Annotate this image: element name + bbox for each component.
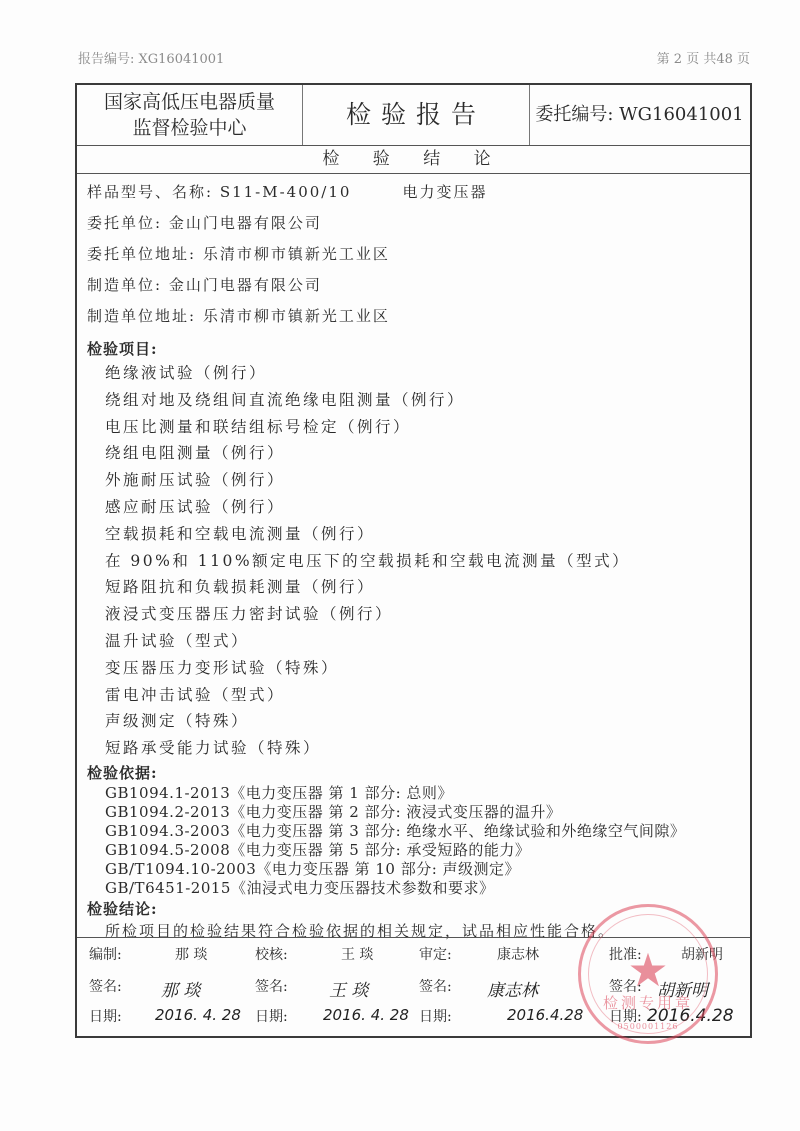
sign-label: 签名: [419, 976, 452, 996]
manufacturer-address: 制造单位地址: 乐清市柳市镇新光工业区 [87, 301, 740, 332]
roles-row: 编制: 那 琰 校核: 王 琰 审定: 康志林 批准: 胡新明 [77, 944, 750, 974]
test-item: 绕组电阻测量（例行） [87, 440, 740, 467]
date-label: 日期: [255, 1006, 288, 1026]
dates-row: 日期: 2016. 4. 28 日期: 2016. 4. 28 日期: 2016… [77, 1006, 750, 1036]
org-line-2: 监督检验中心 [77, 115, 302, 141]
date-label: 日期: [89, 1006, 122, 1026]
test-item: 变压器压力变形试验（特殊） [87, 655, 740, 682]
approved-name: 胡新明 [681, 944, 723, 964]
compiled-label: 编制: [89, 944, 122, 964]
test-item: 电压比测量和联结组标号检定（例行） [87, 414, 740, 441]
reviewed-name: 康志林 [497, 944, 539, 964]
test-item: 声级测定（特殊） [87, 708, 740, 735]
report-body: 样品型号、名称: S11-M-400/10 电力变压器 委托单位: 金山门电器有… [87, 177, 740, 942]
approved-label: 批准: [609, 944, 642, 964]
client-address: 委托单位地址: 乐清市柳市镇新光工业区 [87, 239, 740, 270]
test-item: 短路承受能力试验（特殊） [87, 735, 740, 762]
reviewed-label: 审定: [419, 944, 452, 964]
entrust-number: 委托编号: WG16041001 [529, 85, 750, 145]
signature-reviewed: 康志林 [487, 976, 538, 1001]
org-line-1: 国家高低压电器质量 [77, 89, 302, 115]
signature-compiled: 那 琰 [161, 976, 200, 1001]
date-compiled: 2016. 4. 28 [155, 1006, 241, 1024]
test-item: 绝缘液试验（例行） [87, 360, 740, 387]
test-item: 外施耐压试验（例行） [87, 467, 740, 494]
test-item: 液浸式变压器压力密封试验（例行） [87, 601, 740, 628]
manufacturer: 制造单位: 金山门电器有限公司 [87, 270, 740, 301]
basis-standard: GB/T6451-2015《油浸式电力变压器技术参数和要求》 [87, 879, 740, 898]
test-item: 绕组对地及绕组间直流绝缘电阻测量（例行） [87, 387, 740, 414]
signature-checked: 王 琰 [329, 976, 368, 1001]
client-unit: 委托单位: 金山门电器有限公司 [87, 208, 740, 239]
conclusion-label: 检验结论: [87, 898, 740, 920]
test-item: 感应耐压试验（例行） [87, 494, 740, 521]
test-item: 短路阻抗和负载损耗测量（例行） [87, 574, 740, 601]
signatures-row: 签名: 那 琰 签名: 王 琰 签名: 康志林 签名: 胡新明 [77, 976, 750, 1006]
document-title: 检验报告 [303, 85, 530, 145]
sign-label: 签名: [609, 976, 642, 996]
report-frame: 国家高低压电器质量 监督检验中心 检验报告 委托编号: WG16041001 检… [75, 83, 752, 1038]
checked-label: 校核: [255, 944, 288, 964]
report-number: 报告编号: XG16041001 [78, 48, 224, 67]
basis-standard: GB/T1094.10-2003《电力变压器 第 10 部分: 声级测定》 [87, 860, 740, 879]
sign-label: 签名: [255, 976, 288, 996]
title-block: 国家高低压电器质量 监督检验中心 检验报告 委托编号: WG16041001 [77, 85, 750, 146]
signature-block: 编制: 那 琰 校核: 王 琰 审定: 康志林 批准: 胡新明 签名: 那 琰 … [77, 937, 750, 1037]
test-items-label: 检验项目: [87, 338, 740, 360]
basis-standard: GB1094.1-2013《电力变压器 第 1 部分: 总则》 [87, 784, 740, 803]
checked-name: 王 琰 [341, 944, 373, 964]
basis-label: 检验依据: [87, 762, 740, 784]
basis-list: GB1094.1-2013《电力变压器 第 1 部分: 总则》 GB1094.2… [87, 784, 740, 898]
date-reviewed: 2016.4.28 [507, 1006, 583, 1024]
test-items-list: 绝缘液试验（例行） 绕组对地及绕组间直流绝缘电阻测量（例行） 电压比测量和联结组… [87, 360, 740, 762]
date-approved: 2016.4.28 [647, 1006, 734, 1026]
basis-standard: GB1094.3-2003《电力变压器 第 3 部分: 绝缘水平、绝缘试验和外绝… [87, 822, 740, 841]
test-item: 在 90%和 110%额定电压下的空载损耗和空载电流测量（型式） [87, 548, 740, 575]
test-item: 温升试验（型式） [87, 628, 740, 655]
basis-standard: GB1094.2-2013《电力变压器 第 2 部分: 液浸式变压器的温升》 [87, 803, 740, 822]
basis-standard: GB1094.5-2008《电力变压器 第 5 部分: 承受短路的能力》 [87, 841, 740, 860]
sign-label: 签名: [89, 976, 122, 996]
section-title: 检 验 结 论 [77, 145, 750, 174]
test-item: 雷电冲击试验（型式） [87, 682, 740, 709]
page-indicator: 第 2 页 共48 页 [657, 48, 750, 67]
organization-name: 国家高低压电器质量 监督检验中心 [77, 85, 303, 145]
date-checked: 2016. 4. 28 [323, 1006, 409, 1024]
sample-model: 样品型号、名称: S11-M-400/10 电力变压器 [87, 177, 740, 208]
date-label: 日期: [609, 1006, 642, 1026]
test-item: 空载损耗和空载电流测量（例行） [87, 521, 740, 548]
date-label: 日期: [419, 1006, 452, 1026]
signature-approved: 胡新明 [657, 976, 708, 1001]
compiled-name: 那 琰 [175, 944, 207, 964]
